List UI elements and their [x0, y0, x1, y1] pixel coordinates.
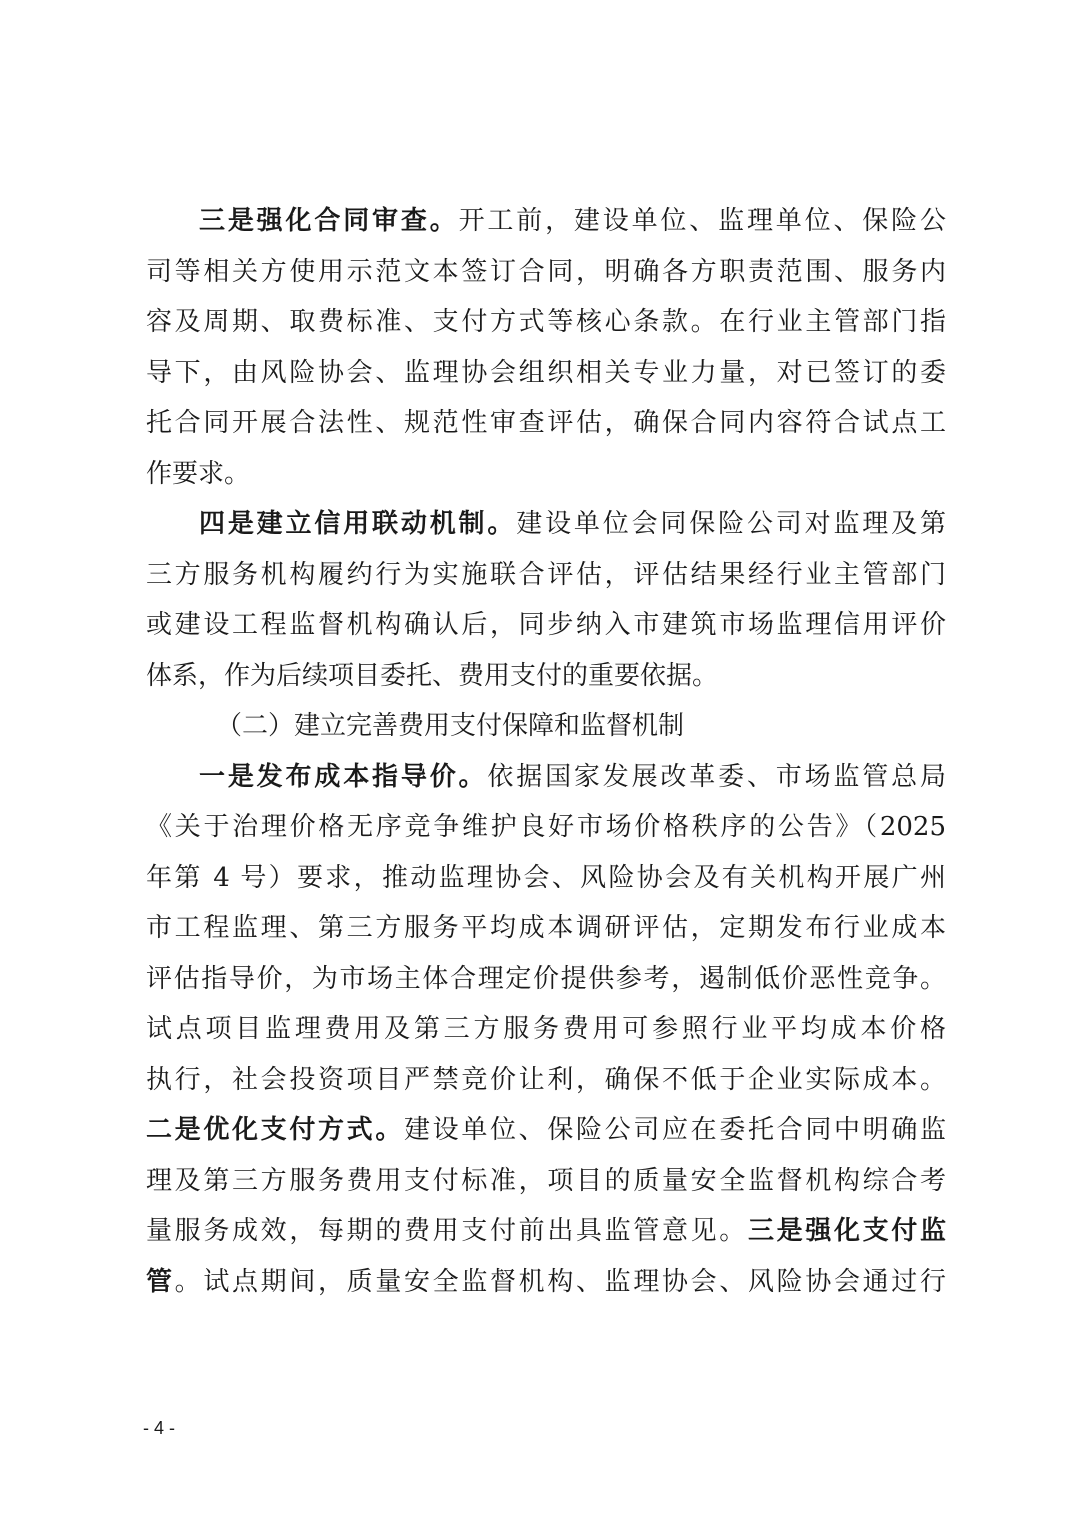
paragraph-line: 作要求。	[146, 449, 946, 500]
line-text: 执行，社会投资项目严禁竞价让利，确保不低于企业实际成本。	[146, 1065, 946, 1095]
line-text: 建设单位、保险公司应在委托合同中明确监	[404, 1115, 946, 1145]
paragraph-line: 评估指导价，为市场主体合理定价提供参考，遏制低价恶性竞争。	[146, 954, 946, 1005]
line-text: 试点项目监理费用及第三方服务费用可参照行业平均成本价格	[146, 1014, 946, 1044]
paragraph-line: 或建设工程监督机构确认后，同步纳入市建筑市场监理信用评价	[146, 600, 946, 651]
line-text: 。试点期间，质量安全监督机构、监理协会、风险协会通过行	[175, 1267, 946, 1297]
bold-heading: 三是强化合同审查。	[199, 206, 459, 236]
line-text: 评估指导价，为市场主体合理定价提供参考，遏制低价恶性竞争。	[146, 964, 946, 994]
paragraph-line: 导下，由风险协会、监理协会组织相关专业力量，对已签订的委	[146, 348, 946, 399]
line-text: 容及周期、取费标准、支付方式等核心条款。在行业主管部门指	[146, 307, 946, 337]
paragraph-line: 市工程监理、第三方服务平均成本调研评估，定期发布行业成本	[146, 903, 946, 954]
paragraph-line: 容及周期、取费标准、支付方式等核心条款。在行业主管部门指	[146, 297, 946, 348]
line-text: 司等相关方使用示范文本签订合同，明确各方职责范围、服务内	[146, 257, 946, 287]
section-heading: （二）建立完善费用支付保障和监督机制	[146, 701, 946, 752]
paragraph-line: 司等相关方使用示范文本签订合同，明确各方职责范围、服务内	[146, 247, 946, 298]
paragraph-line: 体系，作为后续项目委托、费用支付的重要依据。	[146, 651, 946, 702]
paragraph-line: 四是建立信用联动机制。建设单位会同保险公司对监理及第	[146, 499, 946, 550]
paragraph-line: 三方服务机构履约行为实施联合评估，评估结果经行业主管部门	[146, 550, 946, 601]
bold-heading: 一是发布成本指导价。	[199, 762, 487, 792]
line-text: 三方服务机构履约行为实施联合评估，评估结果经行业主管部门	[146, 560, 946, 590]
line-text: 作要求。	[146, 459, 250, 489]
document-page: 三是强化合同审查。开工前，建设单位、监理单位、保险公 司等相关方使用示范文本签订…	[0, 0, 1080, 1527]
page-number: - 4 -	[143, 1418, 175, 1439]
bold-heading: 四是建立信用联动机制。	[199, 509, 516, 539]
paragraph-line: 量服务成效，每期的费用支付前出具监管意见。三是强化支付监	[146, 1206, 946, 1257]
line-text: 《关于治理价格无序竞争维护良好市场价格秩序的公告》（2025	[146, 812, 946, 842]
line-text: 导下，由风险协会、监理协会组织相关专业力量，对已签订的委	[146, 358, 946, 388]
bold-heading: 管	[146, 1267, 175, 1297]
line-text: 理及第三方服务费用支付标准，项目的质量安全监督机构综合考	[146, 1166, 946, 1196]
paragraph-line: 理及第三方服务费用支付标准，项目的质量安全监督机构综合考	[146, 1156, 946, 1207]
line-text: 年第 4 号）要求，推动监理协会、风险协会及有关机构开展广州	[146, 863, 946, 893]
bold-heading: 二是优化支付方式。	[146, 1115, 404, 1145]
paragraph-line: 《关于治理价格无序竞争维护良好市场价格秩序的公告》（2025	[146, 802, 946, 853]
line-text: 建设单位会同保险公司对监理及第	[516, 509, 946, 539]
line-text: 依据国家发展改革委、市场监管总局	[487, 762, 946, 792]
paragraph-line: 三是强化合同审查。开工前，建设单位、监理单位、保险公	[146, 196, 946, 247]
line-text: 量服务成效，每期的费用支付前出具监管意见。	[146, 1216, 748, 1246]
line-text: 体系，作为后续项目委托、费用支付的重要依据。	[146, 661, 718, 691]
paragraph-line: 二是优化支付方式。建设单位、保险公司应在委托合同中明确监	[146, 1105, 946, 1156]
paragraph-line: 管。试点期间，质量安全监督机构、监理协会、风险协会通过行	[146, 1257, 946, 1308]
bold-heading: 三是强化支付监	[748, 1216, 946, 1246]
line-text: 市工程监理、第三方服务平均成本调研评估，定期发布行业成本	[146, 913, 946, 943]
document-body: 三是强化合同审查。开工前，建设单位、监理单位、保险公 司等相关方使用示范文本签订…	[146, 196, 946, 1307]
paragraph-line: 一是发布成本指导价。依据国家发展改革委、市场监管总局	[146, 752, 946, 803]
paragraph-line: 执行，社会投资项目严禁竞价让利，确保不低于企业实际成本。	[146, 1055, 946, 1106]
paragraph-line: 试点项目监理费用及第三方服务费用可参照行业平均成本价格	[146, 1004, 946, 1055]
paragraph-line: 托合同开展合法性、规范性审查评估，确保合同内容符合试点工	[146, 398, 946, 449]
line-text: 托合同开展合法性、规范性审查评估，确保合同内容符合试点工	[146, 408, 946, 438]
paragraph-line: 年第 4 号）要求，推动监理协会、风险协会及有关机构开展广州	[146, 853, 946, 904]
line-text: 或建设工程监督机构确认后，同步纳入市建筑市场监理信用评价	[146, 610, 946, 640]
section-heading-text: （二）建立完善费用支付保障和监督机制	[216, 711, 684, 741]
line-text: 开工前，建设单位、监理单位、保险公	[459, 206, 946, 236]
